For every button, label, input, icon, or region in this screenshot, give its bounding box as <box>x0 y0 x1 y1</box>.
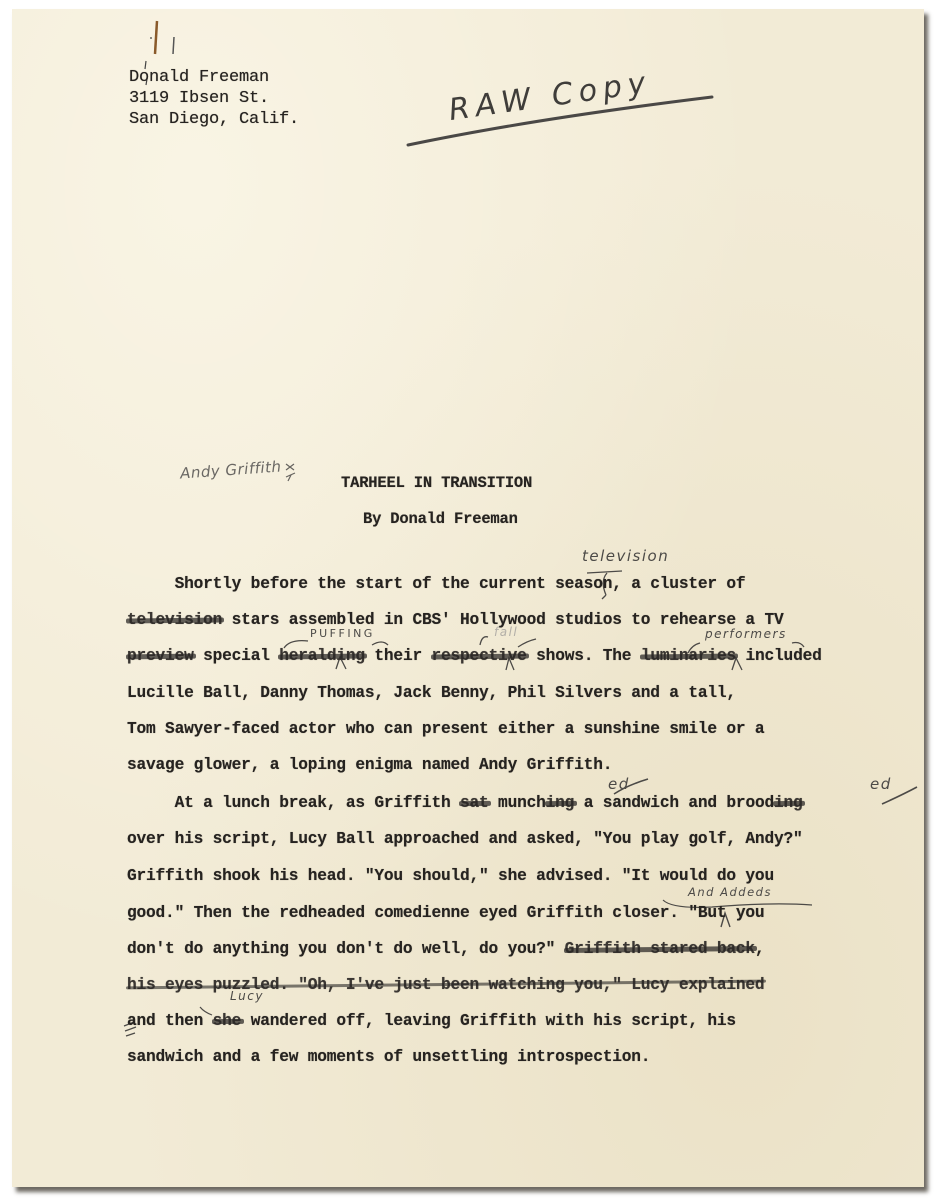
typed-text: Griffith shook his head. "You should," s… <box>127 867 774 885</box>
struck-text: preview <box>127 647 194 665</box>
document-byline: By Donald Freeman <box>363 510 518 528</box>
struck-text: his eyes puzzled. "Oh, I've just been wa… <box>127 976 764 994</box>
text-line: and then she wandered off, leaving Griff… <box>127 1012 736 1030</box>
text-line: At a lunch break, as Griffith sat munchi… <box>127 794 803 812</box>
pencil-marks <box>12 9 924 1187</box>
insert-and-added: And Addeds <box>688 885 772 899</box>
text-line: savage glower, a loping enigma named And… <box>127 756 612 774</box>
typed-text: don't do anything you don't do well, do … <box>127 940 565 958</box>
typed-text: savage glower, a loping enigma named And… <box>127 756 612 774</box>
typed-text: shows. The <box>527 647 641 665</box>
struck-text: she <box>213 1012 242 1030</box>
typed-text: stars assembled in CBS' Hollywood studio… <box>222 611 783 629</box>
text-line: Lucille Ball, Danny Thomas, Jack Benny, … <box>127 684 736 702</box>
typed-text: their <box>365 647 432 665</box>
struck-text: sat <box>460 794 489 812</box>
text-line: don't do anything you don't do well, do … <box>127 940 764 958</box>
insert-television: television <box>582 547 669 565</box>
typed-text: sandwich and a few moments of unsettling… <box>127 1048 650 1066</box>
struck-text: ing <box>546 794 575 812</box>
text-line: television stars assembled in CBS' Holly… <box>127 611 784 629</box>
insert-performers: performers <box>705 627 787 641</box>
text-line: Shortly before the start of the current … <box>127 575 745 593</box>
typed-text: Tom Sawyer-faced actor who can present e… <box>127 720 764 738</box>
text-line: his eyes puzzled. "Oh, I've just been wa… <box>127 976 764 994</box>
typed-text: a sandwich and brood <box>574 794 774 812</box>
typed-text: included <box>736 647 822 665</box>
struck-text: Griffith stared back <box>565 940 755 958</box>
text-line: Tom Sawyer-faced actor who can present e… <box>127 720 764 738</box>
typed-text: At a lunch break, as Griffith <box>127 794 460 812</box>
struck-text: television <box>127 611 222 629</box>
struck-text: ing <box>774 794 803 812</box>
insert-ed-2: ed <box>870 775 892 793</box>
struck-text: respective <box>432 647 527 665</box>
typewritten-page: Donald Freeman3119 Ibsen St.San Diego, C… <box>12 9 924 1187</box>
typed-text: special <box>194 647 280 665</box>
address-street: 3119 Ibsen St. <box>129 88 299 109</box>
struck-text: heralding <box>279 647 365 665</box>
text-line: over his script, Lucy Ball approached an… <box>127 830 803 848</box>
document-title: TARHEEL IN TRANSITION <box>341 474 532 492</box>
author-address: Donald Freeman3119 Ibsen St.San Diego, C… <box>129 67 299 130</box>
typed-text: munch <box>489 794 546 812</box>
address-name: Donald Freeman <box>129 67 299 88</box>
typed-text: Shortly before the start of the current <box>127 575 555 593</box>
typed-text: and then <box>127 1012 213 1030</box>
struck-text: luminaries <box>641 647 736 665</box>
text-line: good." Then the redheaded comedienne eye… <box>127 904 764 922</box>
text-line: preview special heralding their respecti… <box>127 647 822 665</box>
typed-text: season, a cluster of <box>555 575 745 593</box>
text-line: sandwich and a few moments of unsettling… <box>127 1048 650 1066</box>
text-line: Griffith shook his head. "You should," s… <box>127 867 774 885</box>
insert-ed-1: ed <box>608 775 630 793</box>
typed-text: good." Then the redheaded comedienne eye… <box>127 904 764 922</box>
typed-text: over his script, Lucy Ball approached an… <box>127 830 803 848</box>
typed-text: wandered off, leaving Griffith with his … <box>241 1012 736 1030</box>
typed-text: Lucille Ball, Danny Thomas, Jack Benny, … <box>127 684 736 702</box>
address-city: San Diego, Calif. <box>129 109 299 130</box>
